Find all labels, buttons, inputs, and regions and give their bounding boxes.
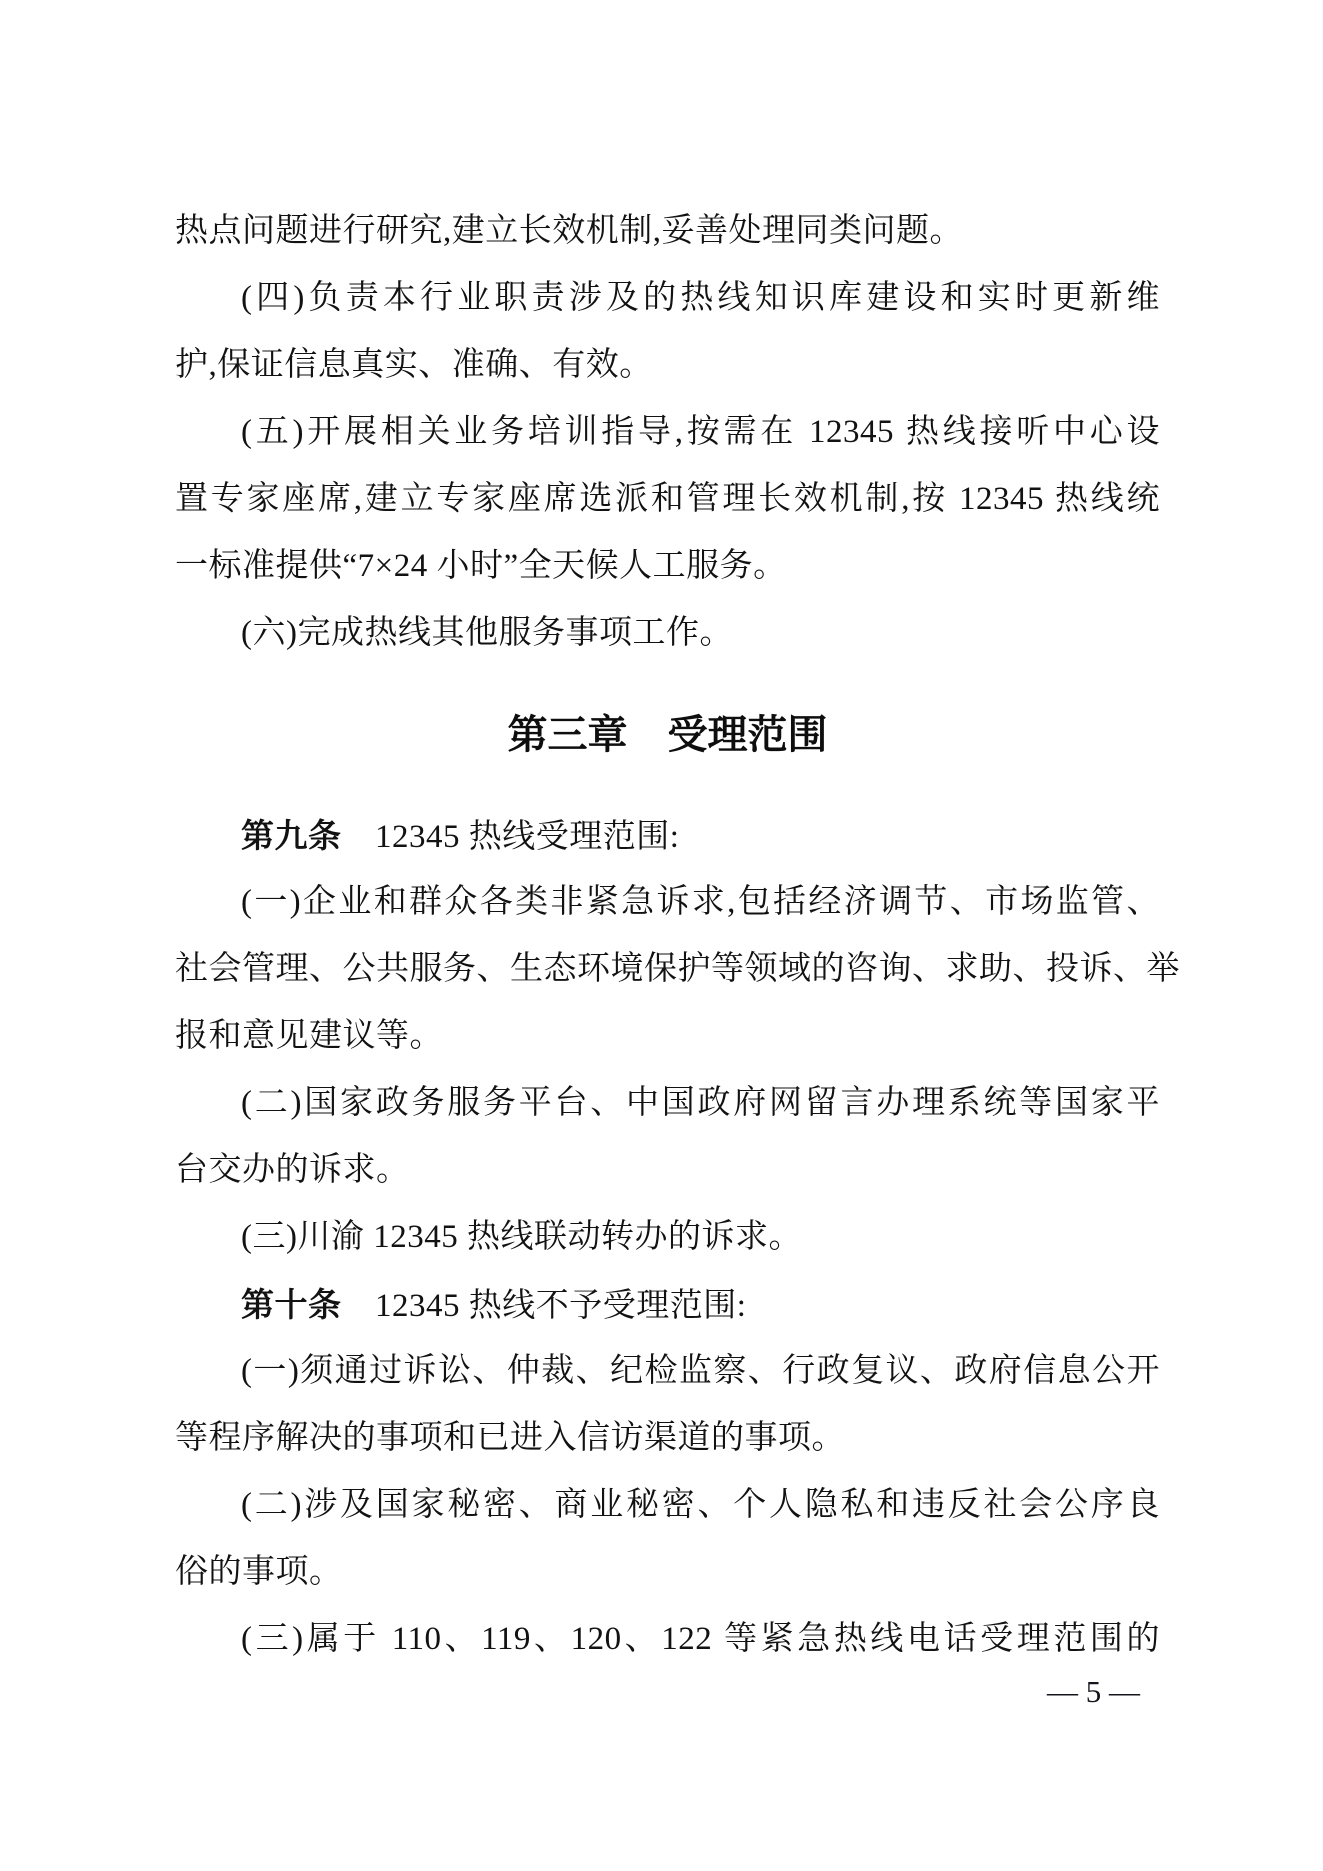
text-line: 俗的事项。 [175,1539,1160,1606]
text-line: (六)完成热线其他服务事项工作。 [175,600,1160,667]
article-number-label: 第九条 [241,817,342,854]
text-line: 一标准提供“7×24 小时”全天候人工服务。 [175,533,1160,600]
text-line: 热点问题进行研究,建立长效机制,妥善处理同类问题。 [175,198,1160,265]
article-text: 12345 热线受理范围: [342,819,680,855]
text-line: (五)开展相关业务培训指导,按需在 12345 热线接听中心设 [175,399,1160,466]
article-number-label: 第十条 [241,1286,342,1323]
text-line: (一)须通过诉讼、仲裁、纪检监察、行政复议、政府信息公开 [175,1338,1160,1405]
text-line: (一)企业和群众各类非紧急诉求,包括经济调节、市场监管、 [175,869,1160,936]
text-line: (二)国家政务服务平台、中国政府网留言办理系统等国家平 [175,1070,1160,1137]
document-body: 热点问题进行研究,建立长效机制,妥善处理同类问题。 (四)负责本行业职责涉及的热… [175,198,1160,1673]
text-line: (二)涉及国家秘密、商业秘密、个人隐私和违反社会公序良 [175,1472,1160,1539]
text-line: (四)负责本行业职责涉及的热线知识库建设和实时更新维 [175,265,1160,332]
text-line: (三)属于 110、119、120、122 等紧急热线电话受理范围的 [175,1606,1160,1673]
chapter-heading: 第三章 受理范围 [175,702,1160,769]
article-line: 第十条 12345 热线不予受理范围: [175,1271,1160,1338]
text-line: 台交办的诉求。 [175,1137,1160,1204]
article-line: 第九条 12345 热线受理范围: [175,802,1160,869]
text-line: 等程序解决的事项和已进入信访渠道的事项。 [175,1405,1160,1472]
page-number: — 5 — [175,1673,1160,1711]
text-line: 护,保证信息真实、准确、有效。 [175,332,1160,399]
document-page: 热点问题进行研究,建立长效机制,妥善处理同类问题。 (四)负责本行业职责涉及的热… [0,0,1323,1871]
text-line: 社会管理、公共服务、生态环境保护等领域的咨询、求助、投诉、举 [175,936,1160,1003]
text-line: 报和意见建议等。 [175,1003,1160,1070]
text-line: (三)川渝 12345 热线联动转办的诉求。 [175,1204,1160,1271]
article-text: 12345 热线不予受理范围: [342,1288,747,1324]
text-line: 置专家座席,建立专家座席选派和管理长效机制,按 12345 热线统 [175,466,1160,533]
